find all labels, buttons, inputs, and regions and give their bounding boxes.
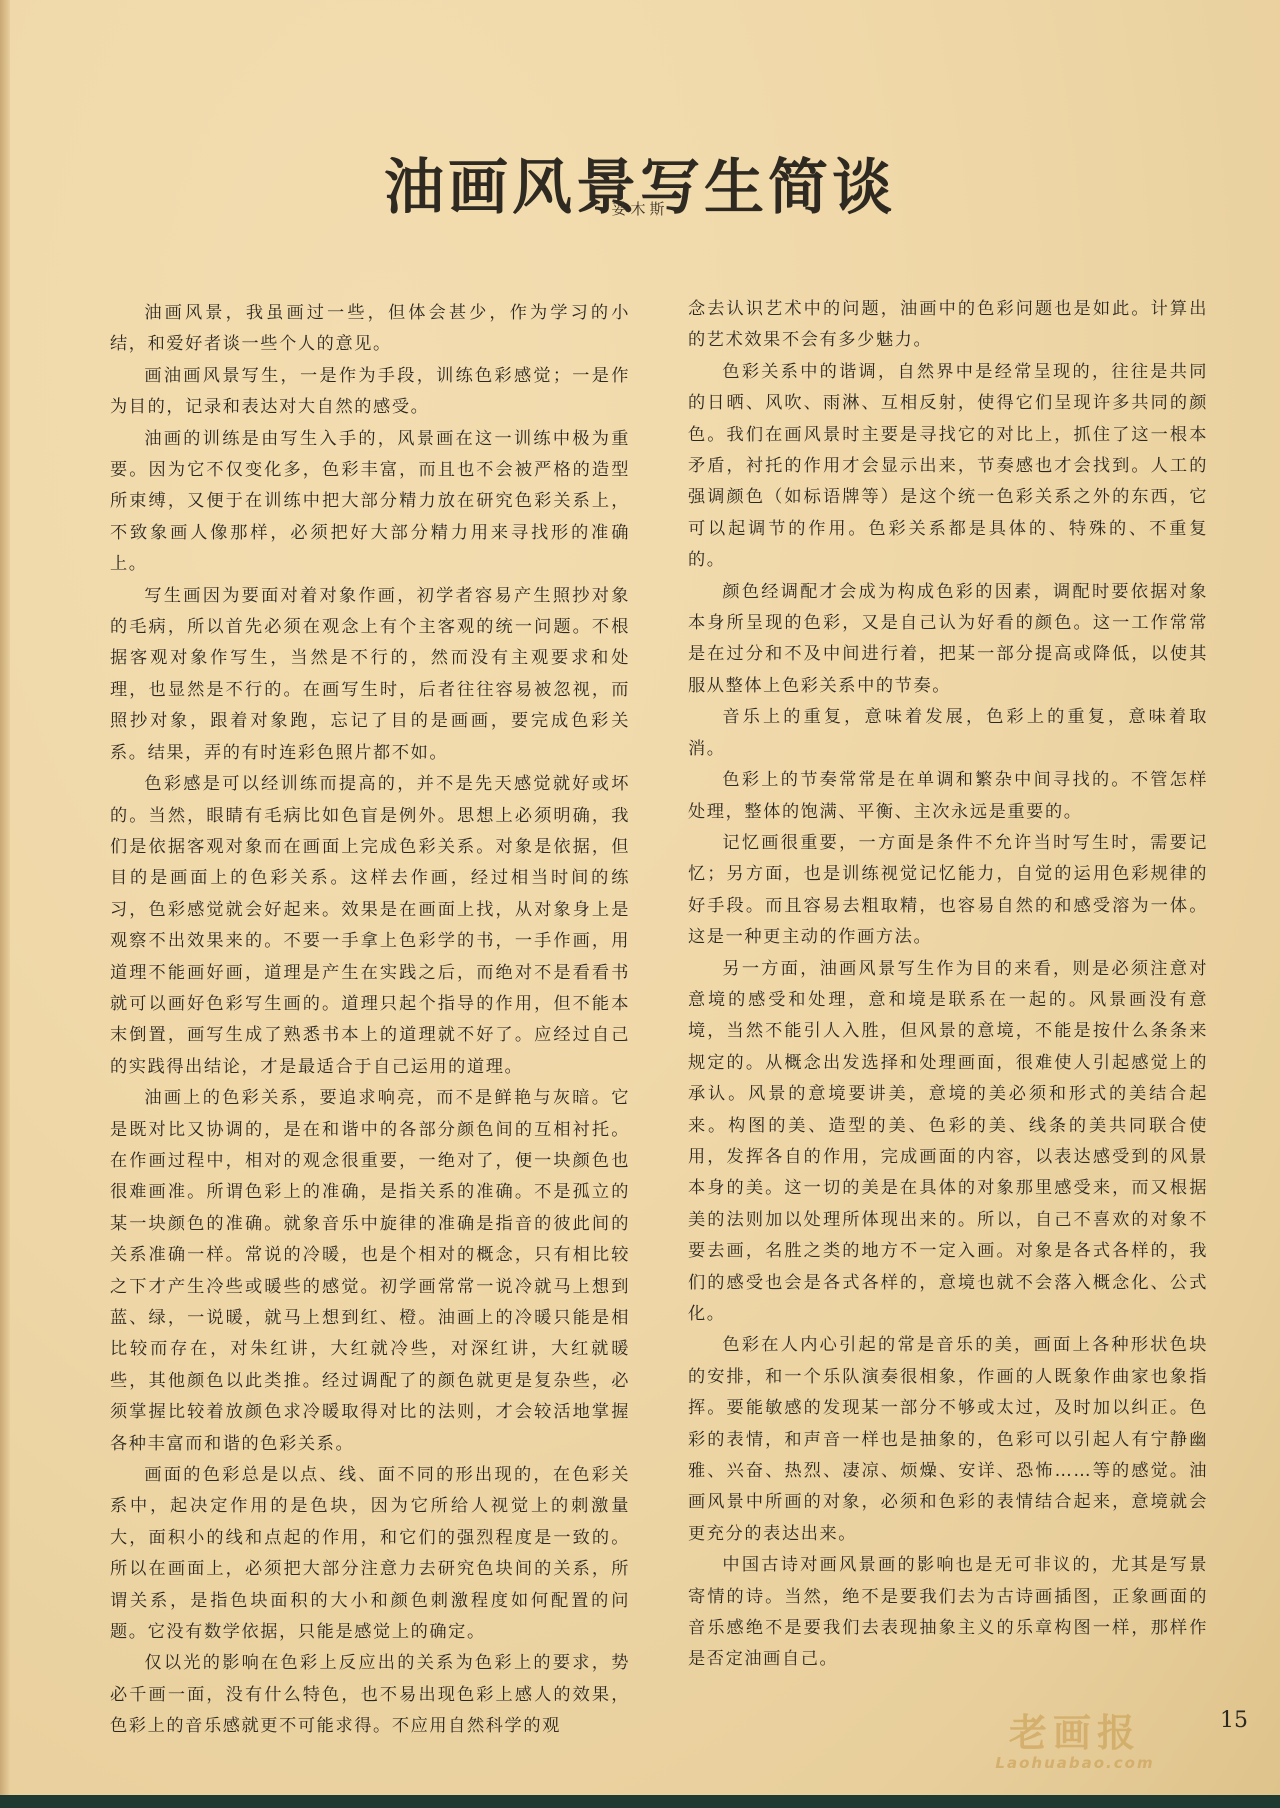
left-column: 油画风景，我虽画过一些，但体会甚少，作为学习的小结，和爱好者谈一些个人的意见。画… <box>110 298 630 1743</box>
paragraph: 记忆画很重要，一方面是条件不允许当时写生时，需要记忆；另方面，也是训练视觉记忆能… <box>688 828 1208 954</box>
paragraph: 油画上的色彩关系，要追求响亮，而不是鲜艳与灰暗。它是既对比又协调的，是在和谐中的… <box>110 1083 630 1460</box>
paragraph: 画油画风景写生，一是作为手段，训练色彩感觉；一是作为目的，记录和表达对大自然的感… <box>110 361 630 424</box>
paragraph: 画面的色彩总是以点、线、面不同的形出现的，在色彩关系中，起决定作用的是色块，因为… <box>110 1460 630 1648</box>
watermark-logo: 老画报 <box>955 1712 1195 1754</box>
paragraph: 中国古诗对画风景画的影响也是无可非议的，尤其是写景寄情的诗。当然，绝不是要我们去… <box>688 1550 1208 1676</box>
article-author: 妥木斯 <box>0 198 1280 219</box>
paragraph: 颜色经调配才会成为构成色彩的因素，调配时要依据对象本身所呈现的色彩，又是自己认为… <box>688 577 1208 703</box>
paragraph: 色彩上的节奏常常是在单调和繁杂中间寻找的。不管怎样处理，整体的饱满、平衡、主次永… <box>688 765 1208 828</box>
paragraph: 音乐上的重复，意味着发展，色彩上的重复，意味着取消。 <box>688 702 1208 765</box>
paragraph: 念去认识艺术中的问题，油画中的色彩问题也是如此。计算出的艺术效果不会有多少魅力。 <box>688 294 1208 357</box>
paragraph: 色彩在人内心引起的常是音乐的美，画面上各种形状色块的安排，和一个乐队演奏很相象，… <box>688 1330 1208 1550</box>
magazine-page: 油画风景写生简谈 妥木斯 油画风景，我虽画过一些，但体会甚少，作为学习的小结，和… <box>0 0 1280 1795</box>
paragraph: 油画的训练是由写生入手的，风景画在这一训练中极为重要。因为它不仅变化多，色彩丰富… <box>110 424 630 581</box>
paragraph: 色彩感是可以经训练而提高的，并不是先天感觉就好或坏的。当然，眼睛有毛病比如色盲是… <box>110 769 630 1083</box>
watermark: 老画报 Laohuabao.com <box>955 1712 1195 1772</box>
paragraph: 色彩关系中的谐调，自然界中是经常呈现的，往往是共同的日晒、风吹、雨淋、互相反射，… <box>688 357 1208 577</box>
paragraph: 写生画因为要面对着对象作画，初学者容易产生照抄对象的毛病，所以首先必须在观念上有… <box>110 581 630 769</box>
paragraph: 仅以光的影响在色彩上反应出的关系为色彩上的要求，势必千画一面，没有什么特色，也不… <box>110 1648 630 1742</box>
watermark-url: Laohuabao.com <box>955 1754 1195 1772</box>
paragraph: 油画风景，我虽画过一些，但体会甚少，作为学习的小结，和爱好者谈一些个人的意见。 <box>110 298 630 361</box>
right-column: 念去认识艺术中的问题，油画中的色彩问题也是如此。计算出的艺术效果不会有多少魅力。… <box>688 294 1208 1676</box>
paragraph: 另一方面，油画风景写生作为目的来看，则是必须注意对意境的感受和处理，意和境是联系… <box>688 954 1208 1331</box>
page-number: 15 <box>1220 1708 1248 1733</box>
